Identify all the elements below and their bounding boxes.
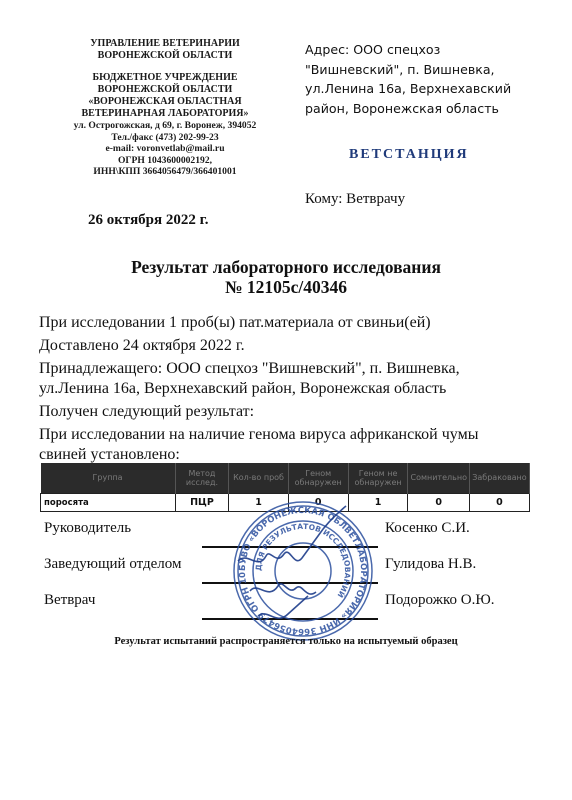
signature-line [202, 618, 378, 620]
recipient-address: Адрес: ООО спецхоз "Вишневский", п. Вишн… [305, 40, 535, 118]
footer-disclaimer: Результат испытаний распространяется тол… [0, 636, 572, 647]
title-text: Результат лабораторного исследования [0, 257, 572, 277]
cell-sample-count: 1 [229, 494, 288, 512]
signature-role-vet: Ветврач [44, 592, 95, 609]
org-line: ВОРОНЕЖСКОЙ ОБЛАСТИ [40, 84, 290, 96]
recipient: Кому: Ветврачу [305, 191, 405, 208]
sample-line: При исследовании 1 проб(ы) пат.материала… [39, 313, 539, 333]
signature-name-head: Косенко С.И. [385, 520, 470, 537]
official-seal-icon: БУВО «ВОРОНЕЖСКАЯ ОБЛВЕТЛАБОРАТОРИЯ» ИНН… [228, 496, 378, 646]
org-address: ул. Острогожская, д 69, г. Воронеж, 3940… [40, 120, 290, 132]
signature-name-dept: Гулидова Н.В. [385, 556, 476, 573]
result-intro: Получен следующий результат: [39, 402, 539, 422]
header-rejected: Забраковано [469, 463, 529, 494]
header-doubtful: Сомнительно [408, 463, 469, 494]
header-method: Метод исслед. [175, 463, 229, 494]
study-line: свиней установлено: [39, 445, 539, 465]
org-line: ВОРОНЕЖСКОЙ ОБЛАСТИ [40, 50, 290, 62]
report-number: № 12105с/40346 [0, 277, 572, 297]
signature-line [202, 546, 378, 548]
header-genome-not-detected: Геном не обнаружен [348, 463, 408, 494]
owner-line: Принадлежащего: ООО спецхоз "Вишневский"… [39, 359, 539, 379]
table-row: поросята ПЦР 1 0 1 0 0 [41, 494, 530, 512]
cell-doubtful: 0 [408, 494, 469, 512]
lab-header: УПРАВЛЕНИЕ ВЕТЕРИНАРИИ ВОРОНЕЖСКОЙ ОБЛАС… [40, 38, 290, 178]
signature-line [202, 582, 378, 584]
org-contacts: ул. Острогожская, д 69, г. Воронеж, 3940… [40, 120, 290, 178]
org-line: «ВОРОНЕЖСКАЯ ОБЛАСТНАЯ [40, 96, 290, 108]
org-line: ВЕТЕРИНАРНАЯ ЛАБОРАТОРИЯ» [40, 108, 290, 120]
cell-group: поросята [41, 494, 176, 512]
document-date: 26 октября 2022 г. [88, 212, 209, 229]
owner-line: ул.Ленина 16а, Верхнехавский район, Воро… [39, 379, 539, 399]
table-header-row: Группа Метод исслед. Кол-во проб Геном о… [41, 463, 530, 494]
cell-genome-not-detected: 1 [348, 494, 408, 512]
cell-rejected: 0 [469, 494, 529, 512]
header-genome-detected: Геном обнаружен [288, 463, 348, 494]
cell-method: ПЦР [175, 494, 229, 512]
header-sample-count: Кол-во проб [229, 463, 288, 494]
cell-genome-detected: 0 [288, 494, 348, 512]
signature-name-vet: Подорожко О.Ю. [385, 592, 495, 609]
result-table: Группа Метод исслед. Кол-во проб Геном о… [40, 463, 530, 512]
org-line: УПРАВЛЕНИЕ ВЕТЕРИНАРИИ [40, 38, 290, 50]
svg-text:ДЛЯ РЕЗУЛЬТАТОВ ИССЛЕДОВАНИЙ: ДЛЯ РЕЗУЛЬТАТОВ ИССЛЕДОВАНИЙ [254, 522, 352, 599]
signature-role-dept: Заведующий отделом [44, 556, 181, 573]
svg-text:БУВО «ВОРОНЕЖСКАЯ ОБЛВЕТЛАБОРА: БУВО «ВОРОНЕЖСКАЯ ОБЛВЕТЛАБОРАТОРИЯ» ИНН… [228, 496, 368, 636]
study-line: При исследовании на наличие генома вирус… [39, 425, 539, 445]
document-body: При исследовании 1 проб(ы) пат.материала… [39, 313, 539, 465]
org-name-lab: БЮДЖЕТНОЕ УЧРЕЖДЕНИЕ ВОРОНЕЖСКОЙ ОБЛАСТИ… [40, 72, 290, 120]
document-title: Результат лабораторного исследования № 1… [0, 257, 572, 297]
org-email: e-mail: voronvetlab@mail.ru [40, 143, 290, 155]
org-name-ministry: УПРАВЛЕНИЕ ВЕТЕРИНАРИИ ВОРОНЕЖСКОЙ ОБЛАС… [40, 38, 290, 62]
signature-role-head: Руководитель [44, 520, 131, 537]
org-line: БЮДЖЕТНОЕ УЧРЕЖДЕНИЕ [40, 72, 290, 84]
delivered-line: Доставлено 24 октября 2022 г. [39, 336, 539, 356]
org-phone: Тел./факс (473) 202-99-23 [40, 132, 290, 144]
org-inn: ИНН\КПП 3664056479/366401001 [40, 166, 290, 178]
station-stamp: ВЕТСТАНЦИЯ [349, 147, 469, 163]
header-group: Группа [41, 463, 176, 494]
org-ogrn: ОГРН 1043600002192, [40, 155, 290, 167]
